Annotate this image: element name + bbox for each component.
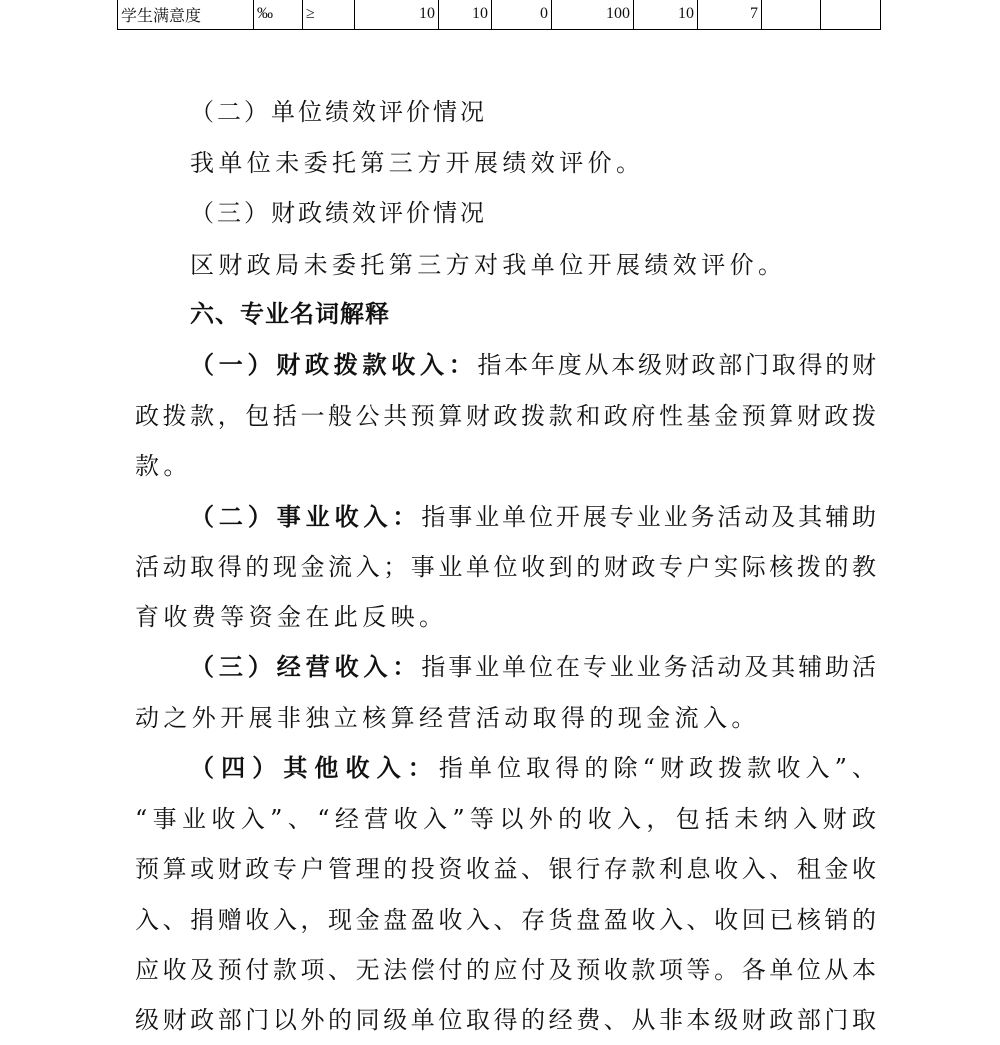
glossary-term: （二）事业收入： bbox=[190, 503, 421, 531]
value-cell: 10 bbox=[439, 0, 492, 29]
operator-cell: ≥ bbox=[303, 0, 355, 29]
glossary-text: 指事业单位在专业业务活动及其辅助活 bbox=[421, 653, 876, 681]
value-cell: 10 bbox=[634, 0, 698, 29]
glossary-item-3-line-2: 动之外开展非独立核算经营活动取得的现金流入。 bbox=[135, 703, 760, 733]
glossary-text: 指单位取得的除“财政拨款收入”、 bbox=[439, 754, 876, 782]
value-cell: 100 bbox=[552, 0, 634, 29]
glossary-item-4-line-6: 级财政部门以外的同级单位取得的经费、从非本级财政部门取 bbox=[135, 1005, 876, 1035]
indicator-name-cell: 学生满意度 bbox=[118, 0, 254, 29]
finance-eval-body: 区财政局未委托第三方对我单位开展绩效评价。 bbox=[190, 250, 786, 280]
value-cell: 7 bbox=[698, 0, 762, 29]
value-cell: 10 bbox=[355, 0, 439, 29]
glossary-term: （三）经营收入： bbox=[190, 653, 421, 681]
table-row: 学生满意度 ‰ ≥ 10 10 0 100 10 7 bbox=[118, 0, 881, 29]
glossary-text: 指本年度从本级财政部门取得的财 bbox=[478, 351, 877, 379]
glossary-item-2-line-3: 育收费等资金在此反映。 bbox=[135, 602, 447, 632]
glossary-term: （一）财政拨款收入： bbox=[190, 351, 478, 379]
glossary-item-4-line-2: “事业收入”、“经营收入”等以外的收入，包括未纳入财政 bbox=[135, 804, 876, 834]
glossary-item-1-line-2: 政拨款，包括一般公共预算财政拨款和政府性基金预算财政拨 bbox=[135, 401, 876, 431]
unit-eval-body: 我单位未委托第三方开展绩效评价。 bbox=[190, 148, 644, 178]
glossary-item-4-line-4: 入、捐赠收入，现金盘盈收入、存货盘盈收入、收回已核销的 bbox=[135, 905, 876, 935]
value-cell bbox=[821, 0, 881, 29]
glossary-item-2-line-2: 活动取得的现金流入；事业单位收到的财政专户实际核拨的教 bbox=[135, 552, 876, 582]
glossary-item-4-line-3: 预算或财政专户管理的投资收益、银行存款利息收入、租金收 bbox=[135, 854, 876, 884]
glossary-item-1-line-1: （一）财政拨款收入：指本年度从本级财政部门取得的财 bbox=[190, 350, 876, 380]
finance-eval-heading: （三）财政绩效评价情况 bbox=[190, 198, 487, 228]
value-cell bbox=[762, 0, 821, 29]
glossary-heading: 六、专业名词解释 bbox=[190, 299, 390, 329]
glossary-term: （四）其他收入： bbox=[190, 754, 439, 782]
performance-indicator-table: 学生满意度 ‰ ≥ 10 10 0 100 10 7 bbox=[117, 0, 881, 30]
unit-cell: ‰ bbox=[254, 0, 303, 29]
glossary-text: 指事业单位开展专业业务活动及其辅助 bbox=[421, 503, 876, 531]
glossary-item-2-line-1: （二）事业收入：指事业单位开展专业业务活动及其辅助 bbox=[190, 502, 876, 532]
glossary-item-4-line-1: （四）其他收入：指单位取得的除“财政拨款收入”、 bbox=[190, 753, 876, 783]
value-cell: 0 bbox=[492, 0, 552, 29]
glossary-item-4-line-5: 应收及预付款项、无法偿付的应付及预收款项等。各单位从本 bbox=[135, 955, 876, 985]
glossary-item-1-line-3: 款。 bbox=[135, 451, 192, 481]
unit-eval-heading: （二）单位绩效评价情况 bbox=[190, 97, 487, 127]
glossary-item-3-line-1: （三）经营收入：指事业单位在专业业务活动及其辅助活 bbox=[190, 652, 876, 682]
